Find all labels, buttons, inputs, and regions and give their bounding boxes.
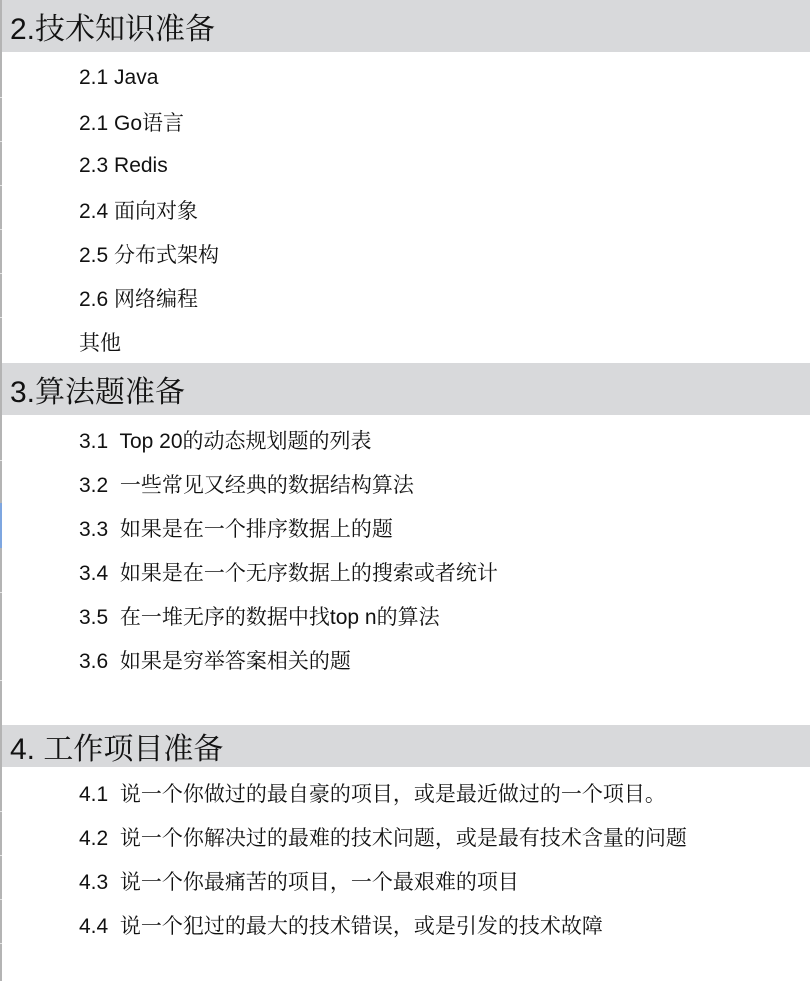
list-item[interactable]: 4.4 说一个犯过的最大的技术错误，或是引发的技术故障	[79, 903, 603, 947]
list-item-text: 3.1 Top 20的动态规划题的列表	[79, 425, 372, 455]
section-header-algorithms: 3.算法题准备	[0, 363, 810, 415]
list-item[interactable]: 其他	[79, 320, 121, 364]
current-line-indicator	[0, 503, 2, 548]
list-item-text: 3.3 如果是在一个排序数据上的题	[79, 513, 393, 543]
section-header-tech-knowledge: 2.技术知识准备	[0, 0, 810, 52]
list-item-text: 4.3 说一个你最痛苦的项目，一个最艰难的项目	[79, 866, 519, 896]
rail-tick	[0, 855, 2, 856]
list-item[interactable]: 3.6 如果是穷举答案相关的题	[79, 638, 351, 682]
rail-tick	[0, 460, 2, 461]
rail-tick	[0, 97, 2, 98]
list-item[interactable]: 2.1 Java	[79, 56, 158, 100]
rail-tick	[0, 680, 2, 681]
list-item-text: 2.5 分布式架构	[79, 239, 219, 269]
list-item[interactable]: 2.4 面向对象	[79, 188, 198, 232]
rail-tick	[0, 229, 2, 230]
list-item[interactable]: 4.1 说一个你做过的最自豪的项目，或是最近做过的一个项目。	[79, 771, 666, 815]
rail-tick	[0, 317, 2, 318]
rail-tick	[0, 273, 2, 274]
section-title: 4. 工作项目准备	[10, 724, 223, 768]
list-item[interactable]: 3.4 如果是在一个无序数据上的搜索或者统计	[79, 550, 498, 594]
list-item[interactable]: 2.5 分布式架构	[79, 232, 219, 276]
list-item-text: 其他	[79, 327, 121, 357]
list-item-text: 2.3 Redis	[79, 154, 168, 178]
list-item[interactable]: 3.1 Top 20的动态规划题的列表	[79, 418, 372, 462]
left-margin-rail	[0, 0, 2, 981]
section-title: 2.技术知识准备	[10, 4, 215, 48]
list-item[interactable]: 3.3 如果是在一个排序数据上的题	[79, 506, 393, 550]
list-item-text: 4.4 说一个犯过的最大的技术错误，或是引发的技术故障	[79, 910, 603, 940]
list-item[interactable]: 2.3 Redis	[79, 144, 168, 188]
rail-tick	[0, 811, 2, 812]
list-item-text: 2.6 网络编程	[79, 283, 198, 313]
list-item[interactable]: 4.3 说一个你最痛苦的项目，一个最艰难的项目	[79, 859, 519, 903]
section-title: 3.算法题准备	[10, 367, 185, 411]
rail-tick	[0, 592, 2, 593]
list-item-text: 2.1 Go语言	[79, 107, 184, 137]
list-item[interactable]: 2.6 网络编程	[79, 276, 198, 320]
list-item-text: 3.4 如果是在一个无序数据上的搜索或者统计	[79, 557, 498, 587]
rail-tick	[0, 899, 2, 900]
list-item-text: 4.1 说一个你做过的最自豪的项目，或是最近做过的一个项目。	[79, 778, 666, 808]
list-item-text: 4.2 说一个你解决过的最难的技术问题，或是最有技术含量的问题	[79, 822, 687, 852]
rail-tick	[0, 943, 2, 944]
rail-tick	[0, 141, 2, 142]
list-item-text: 3.6 如果是穷举答案相关的题	[79, 645, 351, 675]
list-item[interactable]: 4.2 说一个你解决过的最难的技术问题，或是最有技术含量的问题	[79, 815, 687, 859]
list-item-text: 2.1 Java	[79, 66, 158, 90]
list-item-text: 2.4 面向对象	[79, 195, 198, 225]
list-item-text: 3.2 一些常见又经典的数据结构算法	[79, 469, 414, 499]
rail-tick	[0, 185, 2, 186]
section-header-work-projects: 4. 工作项目准备	[0, 725, 810, 767]
list-item[interactable]: 3.2 一些常见又经典的数据结构算法	[79, 462, 414, 506]
list-item[interactable]: 2.1 Go语言	[79, 100, 184, 144]
list-item[interactable]: 3.5 在一堆无序的数据中找top n的算法	[79, 594, 440, 638]
list-item-text: 3.5 在一堆无序的数据中找top n的算法	[79, 601, 440, 631]
